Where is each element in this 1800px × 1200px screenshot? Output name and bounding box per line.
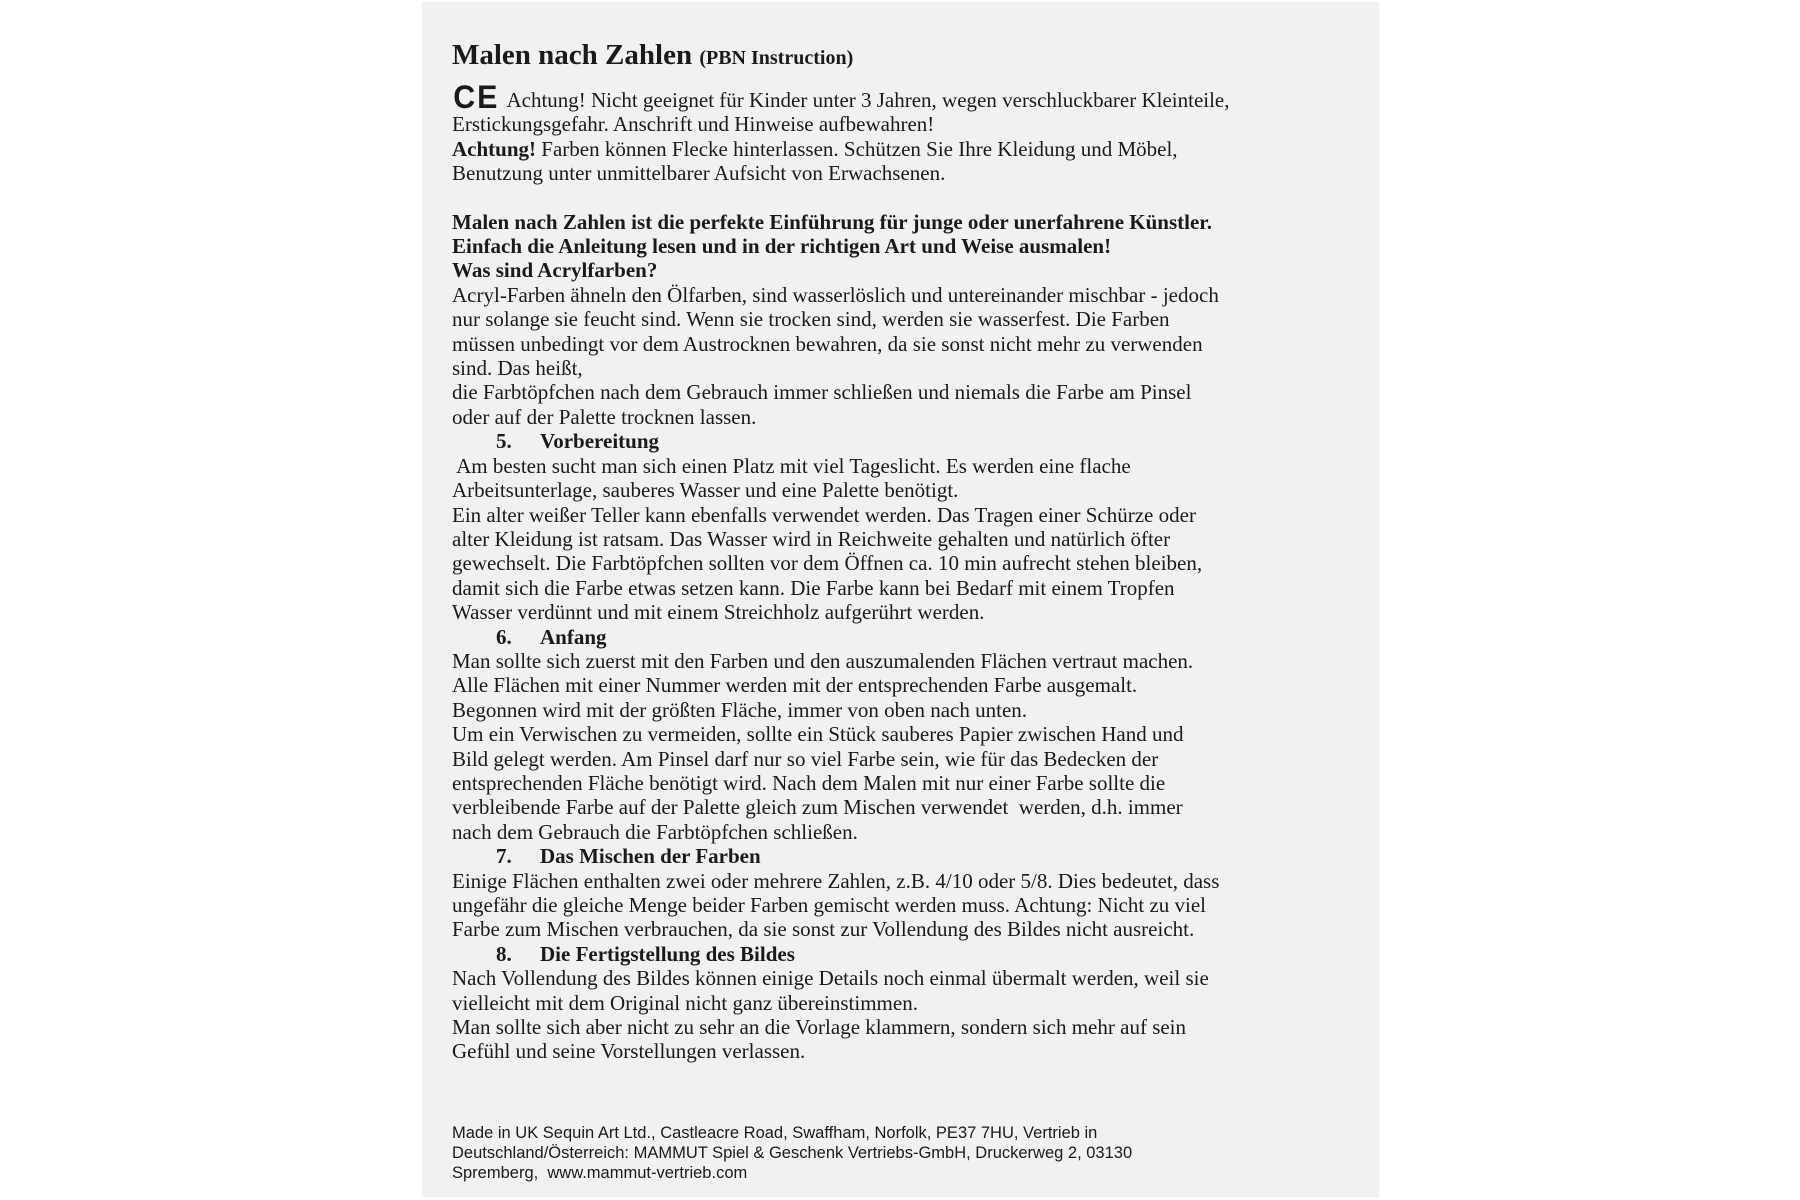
footer-line: Deutschland/Österreich: MAMMUT Spiel & G… xyxy=(452,1143,1352,1163)
section-title: Vorbereitung xyxy=(540,429,659,453)
safety-warning: CEAchtung! Nicht geeignet für Kinder unt… xyxy=(452,85,1352,186)
section-heading: 8.Die Fertigstellung des Bildes xyxy=(452,942,1352,966)
paragraph-line: nach dem Gebrauch die Farbtöpfchen schli… xyxy=(452,820,1352,844)
stain-warning-text: Farben können Flecke hinterlassen. Schüt… xyxy=(536,137,1178,161)
paragraph-line: Wasser verdünnt und mit einem Streichhol… xyxy=(452,600,1352,624)
document-title: Malen nach Zahlen (PBN Instruction) xyxy=(452,38,1352,75)
ce-mark-icon: CE xyxy=(453,85,499,109)
section-number: 5. xyxy=(496,429,540,453)
section-title: Anfang xyxy=(540,625,607,649)
title-main: Malen nach Zahlen xyxy=(452,39,692,71)
warning-line: Erstickungsgefahr. Anschrift und Hinweis… xyxy=(452,112,1352,136)
paragraph-line: Gefühl und seine Vorstellungen verlassen… xyxy=(452,1039,1352,1063)
paragraph-line: sind. Das heißt, xyxy=(452,356,1352,380)
paragraph-line: alter Kleidung ist ratsam. Das Wasser wi… xyxy=(452,527,1352,551)
section-title: Die Fertigstellung des Bildes xyxy=(540,942,795,966)
acrylic-heading: Was sind Acrylfarben? xyxy=(452,258,1352,282)
paragraph-line: Einige Flächen enthalten zwei oder mehre… xyxy=(452,869,1352,893)
paragraph-line: vielleicht mit dem Original nicht ganz ü… xyxy=(452,991,1352,1015)
spacer xyxy=(452,186,1352,210)
section-vorbereitung: 5.Vorbereitung Am besten sucht man sich … xyxy=(452,429,1352,624)
paragraph-line: Um ein Verwischen zu vermeiden, sollte e… xyxy=(452,722,1352,746)
footer-line: Spremberg, www.mammut-vertrieb.com xyxy=(452,1163,1352,1183)
paragraph-line: Nach Vollendung des Bildes können einige… xyxy=(452,966,1352,990)
section-heading: 5.Vorbereitung xyxy=(452,429,1352,453)
sheet-content: Malen nach Zahlen (PBN Instruction) CEAc… xyxy=(452,38,1352,1064)
stain-warning-text: Benutzung unter unmittelbarer Aufsicht v… xyxy=(452,161,1352,185)
section-fertigstellung: 8.Die Fertigstellung des Bildes Nach Vol… xyxy=(452,942,1352,1064)
section-title: Das Mischen der Farben xyxy=(540,844,761,868)
footer-line: Made in UK Sequin Art Ltd., Castleacre R… xyxy=(452,1123,1352,1143)
paragraph-line: Bild gelegt werden. Am Pinsel darf nur s… xyxy=(452,747,1352,771)
paragraph-line: ungefähr die gleiche Menge beider Farben… xyxy=(452,893,1352,917)
intro-bold-line: Einfach die Anleitung lesen und in der r… xyxy=(452,234,1352,258)
paragraph-line: Man sollte sich zuerst mit den Farben un… xyxy=(452,649,1352,673)
paragraph-line: die Farbtöpfchen nach dem Gebrauch immer… xyxy=(452,380,1352,404)
section-anfang: 6.Anfang Man sollte sich zuerst mit den … xyxy=(452,625,1352,845)
section-number: 6. xyxy=(496,625,540,649)
stain-warning-label: Achtung! xyxy=(452,137,536,161)
paragraph-line: nur solange sie feucht sind. Wenn sie tr… xyxy=(452,307,1352,331)
title-subtitle: (PBN Instruction) xyxy=(699,47,853,69)
paragraph-line: Ein alter weißer Teller kann ebenfalls v… xyxy=(452,503,1352,527)
paragraph-line: damit sich die Farbe etwas setzen kann. … xyxy=(452,576,1352,600)
paragraph-line: oder auf der Palette trocknen lassen. xyxy=(452,405,1352,429)
paragraph-line: Farbe zum Mischen verbrauchen, da sie so… xyxy=(452,917,1352,941)
section-heading: 7.Das Mischen der Farben xyxy=(452,844,1352,868)
paragraph-line: Man sollte sich aber nicht zu sehr an di… xyxy=(452,1015,1352,1039)
paragraph-line: Acryl-Farben ähneln den Ölfarben, sind w… xyxy=(452,283,1352,307)
intro-bold-line: Malen nach Zahlen ist die perfekte Einfü… xyxy=(452,210,1352,234)
manufacturer-footer: Made in UK Sequin Art Ltd., Castleacre R… xyxy=(452,1123,1352,1183)
paragraph-line: entsprechenden Fläche benötigt wird. Nac… xyxy=(452,771,1352,795)
paragraph-line: verbleibende Farbe auf der Palette gleic… xyxy=(452,795,1352,819)
paragraph-line: müssen unbedingt vor dem Austrocknen bew… xyxy=(452,332,1352,356)
intro-section: Malen nach Zahlen ist die perfekte Einfü… xyxy=(452,210,1352,430)
section-heading: 6.Anfang xyxy=(452,625,1352,649)
paragraph-line: Begonnen wird mit der größten Fläche, im… xyxy=(452,698,1352,722)
warning-line: Achtung! Nicht geeignet für Kinder unter… xyxy=(506,88,1229,112)
paragraph-line: Am besten sucht man sich einen Platz mit… xyxy=(452,454,1352,478)
paragraph-line: Arbeitsunterlage, sauberes Wasser und ei… xyxy=(452,478,1352,502)
section-number: 8. xyxy=(496,942,540,966)
section-mischen: 7.Das Mischen der Farben Einige Flächen … xyxy=(452,844,1352,942)
section-number: 7. xyxy=(496,844,540,868)
paragraph-line: gewechselt. Die Farbtöpfchen sollten vor… xyxy=(452,551,1352,575)
instruction-sheet: Malen nach Zahlen (PBN Instruction) CEAc… xyxy=(422,2,1379,1197)
paragraph-line: Alle Flächen mit einer Nummer werden mit… xyxy=(452,673,1352,697)
